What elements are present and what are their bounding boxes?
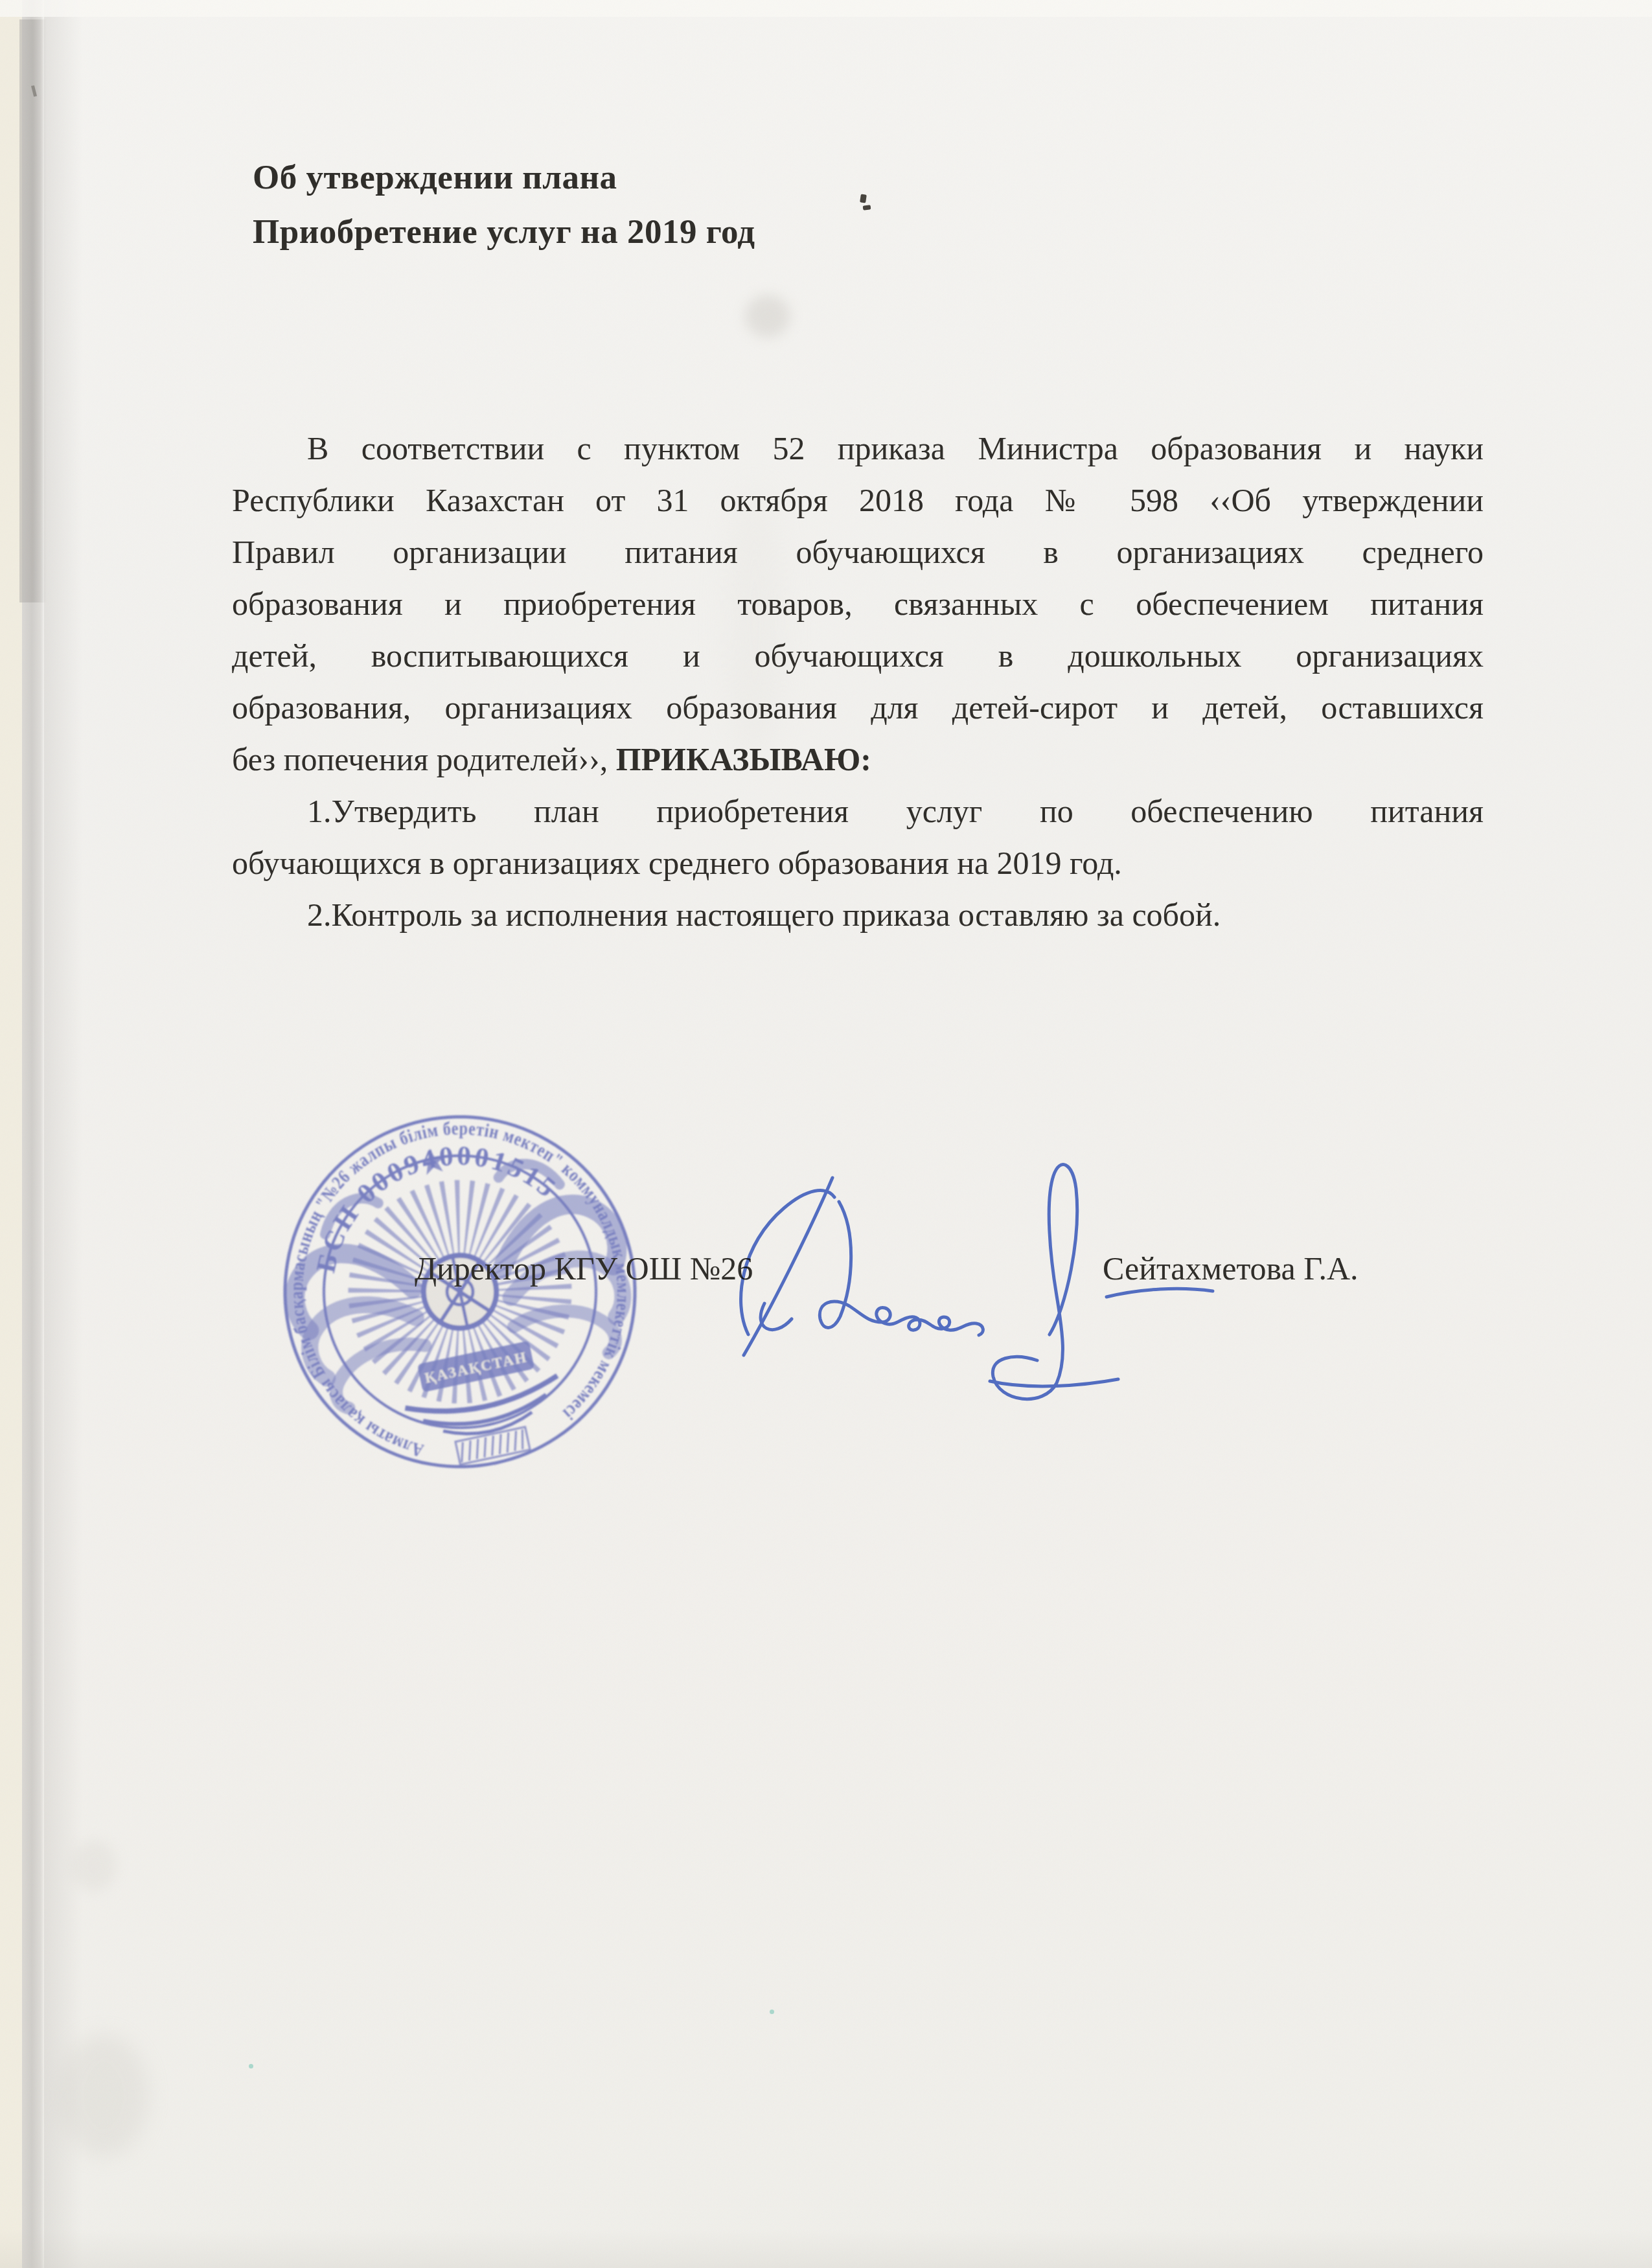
body-line: детей, воспитывающихся и обучающихся в д… xyxy=(232,630,1484,682)
ink-speck xyxy=(860,194,867,203)
handwritten-signature xyxy=(687,1140,1270,1412)
scanner-background-strip xyxy=(0,0,22,2268)
scan-edge-shadow-top xyxy=(19,19,47,602)
body-line: Республики Казахстан от 31 октября 2018 … xyxy=(232,474,1484,526)
document-title: Об утверждении плана Приобретение услуг … xyxy=(253,150,755,259)
title-line-1: Об утверждении плана xyxy=(253,150,755,205)
scan-edge-fade xyxy=(44,0,83,2268)
body-line: 2.Контроль за исполнения настоящего прик… xyxy=(232,889,1484,941)
prikazyvayu-keyword: ПРИКАЗЫВАЮ: xyxy=(616,741,871,777)
official-seal-stamp: Алматы қаласы Білім басқармасының "№26 ж… xyxy=(271,1103,649,1481)
scan-color-dot xyxy=(249,2064,253,2068)
scan-color-dot xyxy=(770,2010,774,2014)
body-line: Правил организации питания обучающихся в… xyxy=(232,526,1484,578)
body-line: образования и приобретения товаров, связ… xyxy=(232,578,1484,630)
body-line: образования, организациях образования дл… xyxy=(232,682,1484,733)
paper-smudge xyxy=(745,295,790,338)
body-line: 1.Утвердить план приобретения услуг по о… xyxy=(232,785,1484,837)
scan-bottom-shadow xyxy=(0,2229,1652,2268)
document-body: В соответствии с пунктом 52 приказа Мини… xyxy=(232,422,1484,941)
ink-speck xyxy=(863,205,871,210)
scanned-order-document: Об утверждении плана Приобретение услуг … xyxy=(0,0,1652,2268)
paper-smudge xyxy=(58,2034,149,2157)
body-line-text: без попечения родителей››, xyxy=(232,741,616,777)
body-line: обучающихся в организациях среднего обра… xyxy=(232,837,1484,889)
seal-graphic: Алматы қаласы Білім басқармасының "№26 ж… xyxy=(271,1103,649,1481)
paper-smudge xyxy=(71,1840,117,1892)
scan-grain-overlay xyxy=(0,0,1652,2268)
scan-top-edge xyxy=(0,0,1652,17)
title-line-2: Приобретение услуг на 2019 год xyxy=(253,205,755,259)
signature-strokes xyxy=(741,1165,1213,1399)
body-line: В соответствии с пунктом 52 приказа Мини… xyxy=(232,422,1484,474)
body-line: без попечения родителей››, ПРИКАЗЫВАЮ: xyxy=(232,733,1484,785)
